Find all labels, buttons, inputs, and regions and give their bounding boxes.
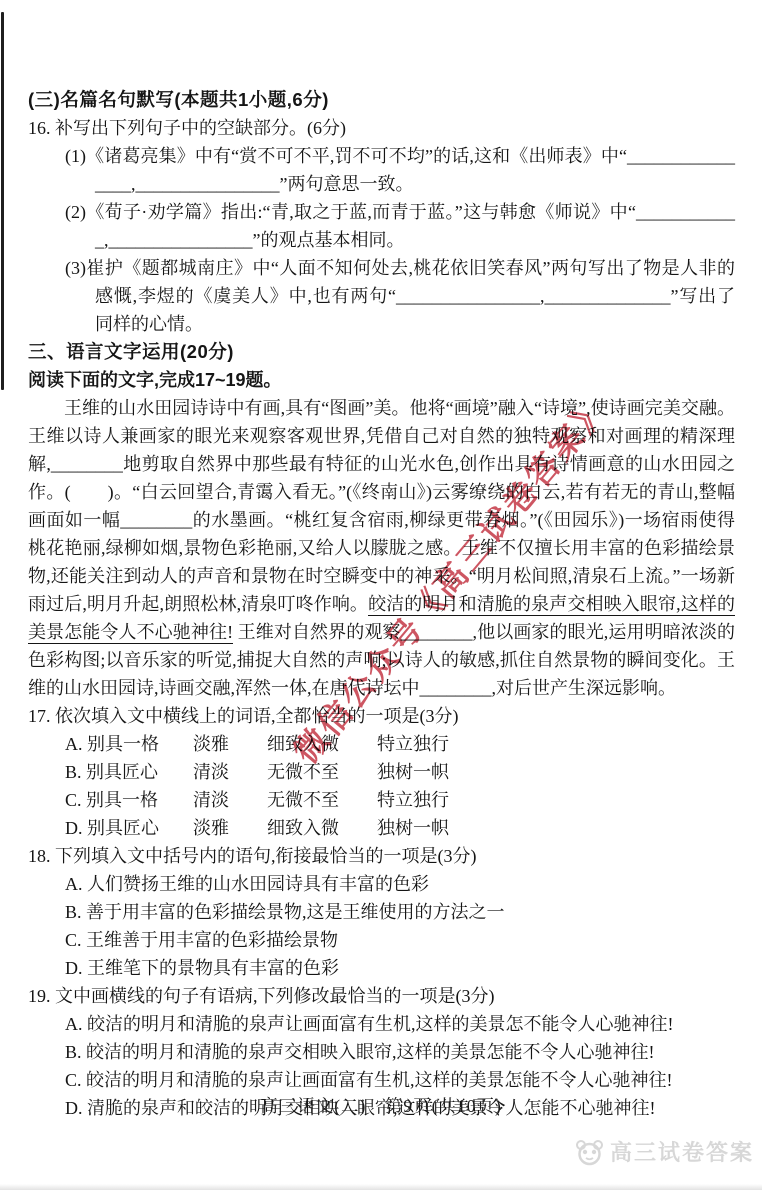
option-cell: 清淡 <box>193 758 267 786</box>
question-16-stem: 16. 补写出下列句子中的空缺部分。(6分) <box>28 114 735 142</box>
question-19-option-c: C. 皎洁的明月和清脆的泉声让画面富有生机,这样的美景怎能不令人心驰神往! <box>65 1066 735 1094</box>
reading-passage: 王维的山水田园诗诗中有画,具有“图画”美。他将“画境”融入“诗境”,使诗画完美交… <box>28 394 735 702</box>
option-cell: 独树一帜 <box>377 758 735 786</box>
question-18-option-d: D. 王维笔下的景物具有丰富的色彩 <box>65 954 735 982</box>
question-17-stem: 17. 依次填入文中横线上的词语,全都恰当的一项是(3分) <box>28 702 735 730</box>
option-cell: 细致入微 <box>267 730 377 758</box>
option-cell: B. 别具匠心 <box>65 758 193 786</box>
page-footer: 高三语文(二) 第9页(共10页) <box>0 1093 762 1118</box>
brand-text: 高三试卷答案 <box>610 1136 754 1167</box>
option-cell: 淡雅 <box>193 814 267 842</box>
passage-text-before: 王维的山水田园诗诗中有画,具有“图画”美。他将“画境”融入“诗境”,使诗画完美交… <box>28 398 735 614</box>
question-17-option-c: C. 别具一格 清淡 无微不至 特立独行 <box>65 786 735 814</box>
question-18-option-c: C. 王维善于用丰富的色彩描绘景物 <box>65 926 735 954</box>
reading-prompt: 阅读下面的文字,完成17~19题。 <box>28 366 735 394</box>
scan-artifact-left-line <box>1 12 4 390</box>
question-18-option-b: B. 善于用丰富的色彩描绘景物,这是王维使用的方法之一 <box>65 898 735 926</box>
question-16-item-1: (1)《诸葛亮集》中有“赏不可不平,罚不可不均”的话,这和《出师表》中“____… <box>95 142 735 198</box>
option-cell: D. 别具匠心 <box>65 814 193 842</box>
panda-logo-icon <box>574 1138 604 1166</box>
option-cell: C. 别具一格 <box>65 786 193 814</box>
question-18-option-a: A. 人们赞扬王维的山水田园诗具有丰富的色彩 <box>65 870 735 898</box>
question-19-option-a: A. 皎洁的明月和清脆的泉声让画面富有生机,这样的美景怎不能令人心驰神往! <box>65 1010 735 1038</box>
section-c-header: (三)名篇名句默写(本题共1小题,6分) <box>28 86 735 114</box>
question-16-item-3: (3)崔护《题都城南庄》中“人面不知何处去,桃花依旧笑春风”两句写出了物是人非的… <box>95 254 735 338</box>
exam-page: (三)名篇名句默写(本题共1小题,6分) 16. 补写出下列句子中的空缺部分。(… <box>0 0 762 1190</box>
question-18-stem: 18. 下列填入文中括号内的语句,衔接最恰当的一项是(3分) <box>28 842 735 870</box>
page-content: (三)名篇名句默写(本题共1小题,6分) 16. 补写出下列句子中的空缺部分。(… <box>28 86 735 1122</box>
question-17-option-d: D. 别具匠心 淡雅 细致入微 独树一帜 <box>65 814 735 842</box>
option-cell: 特立独行 <box>377 786 735 814</box>
option-cell: 无微不至 <box>267 758 377 786</box>
option-cell: 无微不至 <box>267 786 377 814</box>
option-cell: 细致入微 <box>267 814 377 842</box>
question-16-item-2: (2)《荀子·劝学篇》指出:“青,取之于蓝,而青于蓝。”这与韩愈《师说》中“__… <box>95 198 735 254</box>
option-cell: 清淡 <box>193 786 267 814</box>
scan-artifact-bottom-edge <box>0 1184 762 1190</box>
question-19-option-b: B. 皎洁的明月和清脆的泉声交相映入眼帘,这样的美景怎能不令人心驰神往! <box>65 1038 735 1066</box>
question-19-stem: 19. 文中画横线的句子有语病,下列修改最恰当的一项是(3分) <box>28 982 735 1010</box>
option-cell: 淡雅 <box>193 730 267 758</box>
option-cell: 特立独行 <box>377 730 735 758</box>
question-17-option-a: A. 别具一格 淡雅 细致入微 特立独行 <box>65 730 735 758</box>
brand-mark: 高三试卷答案 <box>574 1136 754 1167</box>
option-cell: 独树一帜 <box>377 814 735 842</box>
question-17-option-b: B. 别具匠心 清淡 无微不至 独树一帜 <box>65 758 735 786</box>
option-cell: A. 别具一格 <box>65 730 193 758</box>
section-3-header: 三、语言文字运用(20分) <box>28 338 735 366</box>
